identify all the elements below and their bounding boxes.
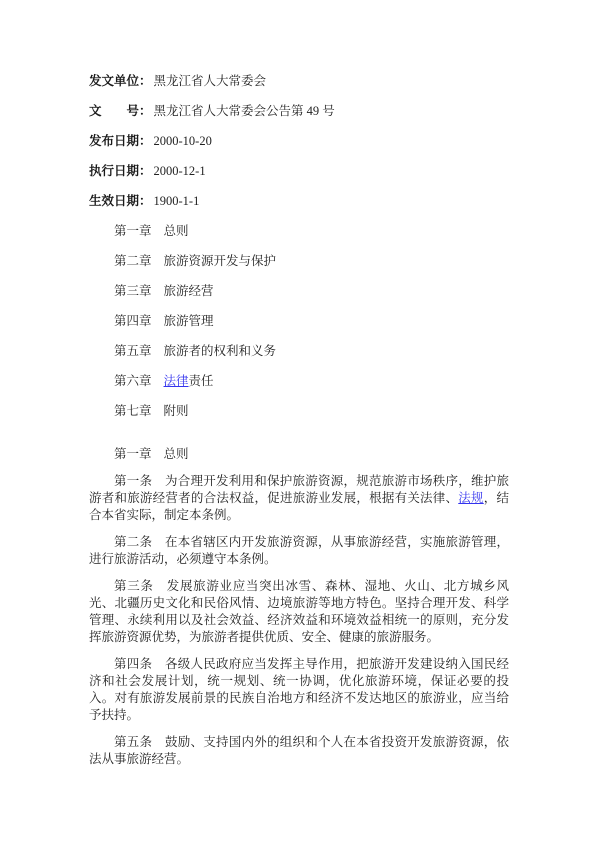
- meta-row-document-number: 文 号：黑龙江省人大常委会公告第 49 号: [89, 103, 509, 120]
- toc-chapter-number: 第四章: [114, 314, 152, 328]
- toc-chapter-title: 旅游者的权利和义务: [164, 344, 277, 358]
- toc-chapter-number: 第五章: [114, 344, 152, 358]
- meta-label: 文 号：: [89, 104, 152, 118]
- toc-chapter-title: 旅游资源开发与保护: [164, 254, 277, 268]
- meta-row-issuing-unit: 发文单位：黑龙江省人大常委会: [89, 73, 509, 90]
- toc-chapter-number: 第二章: [114, 254, 152, 268]
- toc-item-chapter5: 第五章旅游者的权利和义务: [114, 343, 509, 360]
- meta-row-effective-date: 生效日期：1900-1-1: [89, 193, 509, 210]
- article-5-paragraph: 第五条 鼓励、支持国内外的组织和个人在本省投资开发旅游资源，依法从事旅游经营。: [89, 734, 509, 768]
- toc-chapter-number: 第一章: [114, 224, 152, 238]
- law-link[interactable]: 法律: [164, 374, 189, 388]
- toc-chapter-title: 旅游经营: [164, 284, 214, 298]
- chapter1-heading: 第一章总则: [114, 446, 509, 463]
- meta-value: 2000-10-20: [154, 134, 212, 148]
- meta-row-execute-date: 执行日期：2000-12-1: [89, 163, 509, 180]
- article-1-paragraph: 第一条 为合理开发利用和保护旅游资源，规范旅游市场秩序，维护旅游者和旅游经营者的…: [89, 473, 509, 524]
- document-meta: 发文单位：黑龙江省人大常委会 文 号：黑龙江省人大常委会公告第 49 号 发布日…: [89, 73, 509, 210]
- toc-chapter-number: 第三章: [114, 284, 152, 298]
- toc-item-chapter3: 第三章旅游经营: [114, 283, 509, 300]
- article-1-text-before: 第一条 为合理开发利用和保护旅游资源，规范旅游市场秩序，维护旅游者和旅游经营者的…: [89, 474, 509, 505]
- article-3-paragraph: 第三条 发展旅游业应当突出冰雪、森林、湿地、火山、北方城乡风光、北疆历史文化和民…: [89, 578, 509, 646]
- toc-item-chapter1: 第一章总则: [114, 223, 509, 240]
- toc-chapter-number: 第六章: [114, 374, 152, 388]
- chapter-heading-number: 第一章: [114, 447, 152, 461]
- meta-value: 2000-12-1: [154, 164, 206, 178]
- meta-row-publish-date: 发布日期：2000-10-20: [89, 133, 509, 150]
- regulations-link[interactable]: 法规: [458, 491, 483, 505]
- toc-chapter-number: 第七章: [114, 404, 152, 418]
- chapter-heading-title: 总则: [164, 447, 189, 461]
- meta-label: 执行日期：: [89, 164, 152, 178]
- toc-chapter-title: 总则: [164, 224, 189, 238]
- toc-chapter-title: 责任: [189, 374, 214, 388]
- toc-item-chapter2: 第二章旅游资源开发与保护: [114, 253, 509, 270]
- meta-value: 1900-1-1: [154, 194, 200, 208]
- meta-label: 发布日期：: [89, 134, 152, 148]
- toc-chapter-title: 旅游管理: [164, 314, 214, 328]
- toc-item-chapter4: 第四章旅游管理: [114, 313, 509, 330]
- document-body: 第一章总则 第一条 为合理开发利用和保护旅游资源，规范旅游市场秩序，维护旅游者和…: [89, 446, 509, 768]
- meta-label: 发文单位：: [89, 74, 152, 88]
- article-4-paragraph: 第四条 各级人民政府应当发挥主导作用，把旅游开发建设纳入国民经济和社会发展计划，…: [89, 656, 509, 724]
- document-page: 发文单位：黑龙江省人大常委会 文 号：黑龙江省人大常委会公告第 49 号 发布日…: [0, 0, 595, 842]
- table-of-contents: 第一章总则 第二章旅游资源开发与保护 第三章旅游经营 第四章旅游管理 第五章旅游…: [114, 223, 509, 420]
- toc-item-chapter7: 第七章附则: [114, 403, 509, 420]
- meta-value: 黑龙江省人大常委会: [154, 74, 267, 88]
- meta-value: 黑龙江省人大常委会公告第 49 号: [154, 104, 335, 118]
- meta-label: 生效日期：: [89, 194, 152, 208]
- toc-chapter-title: 附则: [164, 404, 189, 418]
- toc-item-chapter6: 第六章法律责任: [114, 373, 509, 390]
- article-2-paragraph: 第二条 在本省辖区内开发旅游资源，从事旅游经营，实施旅游管理，进行旅游活动，必须…: [89, 534, 509, 568]
